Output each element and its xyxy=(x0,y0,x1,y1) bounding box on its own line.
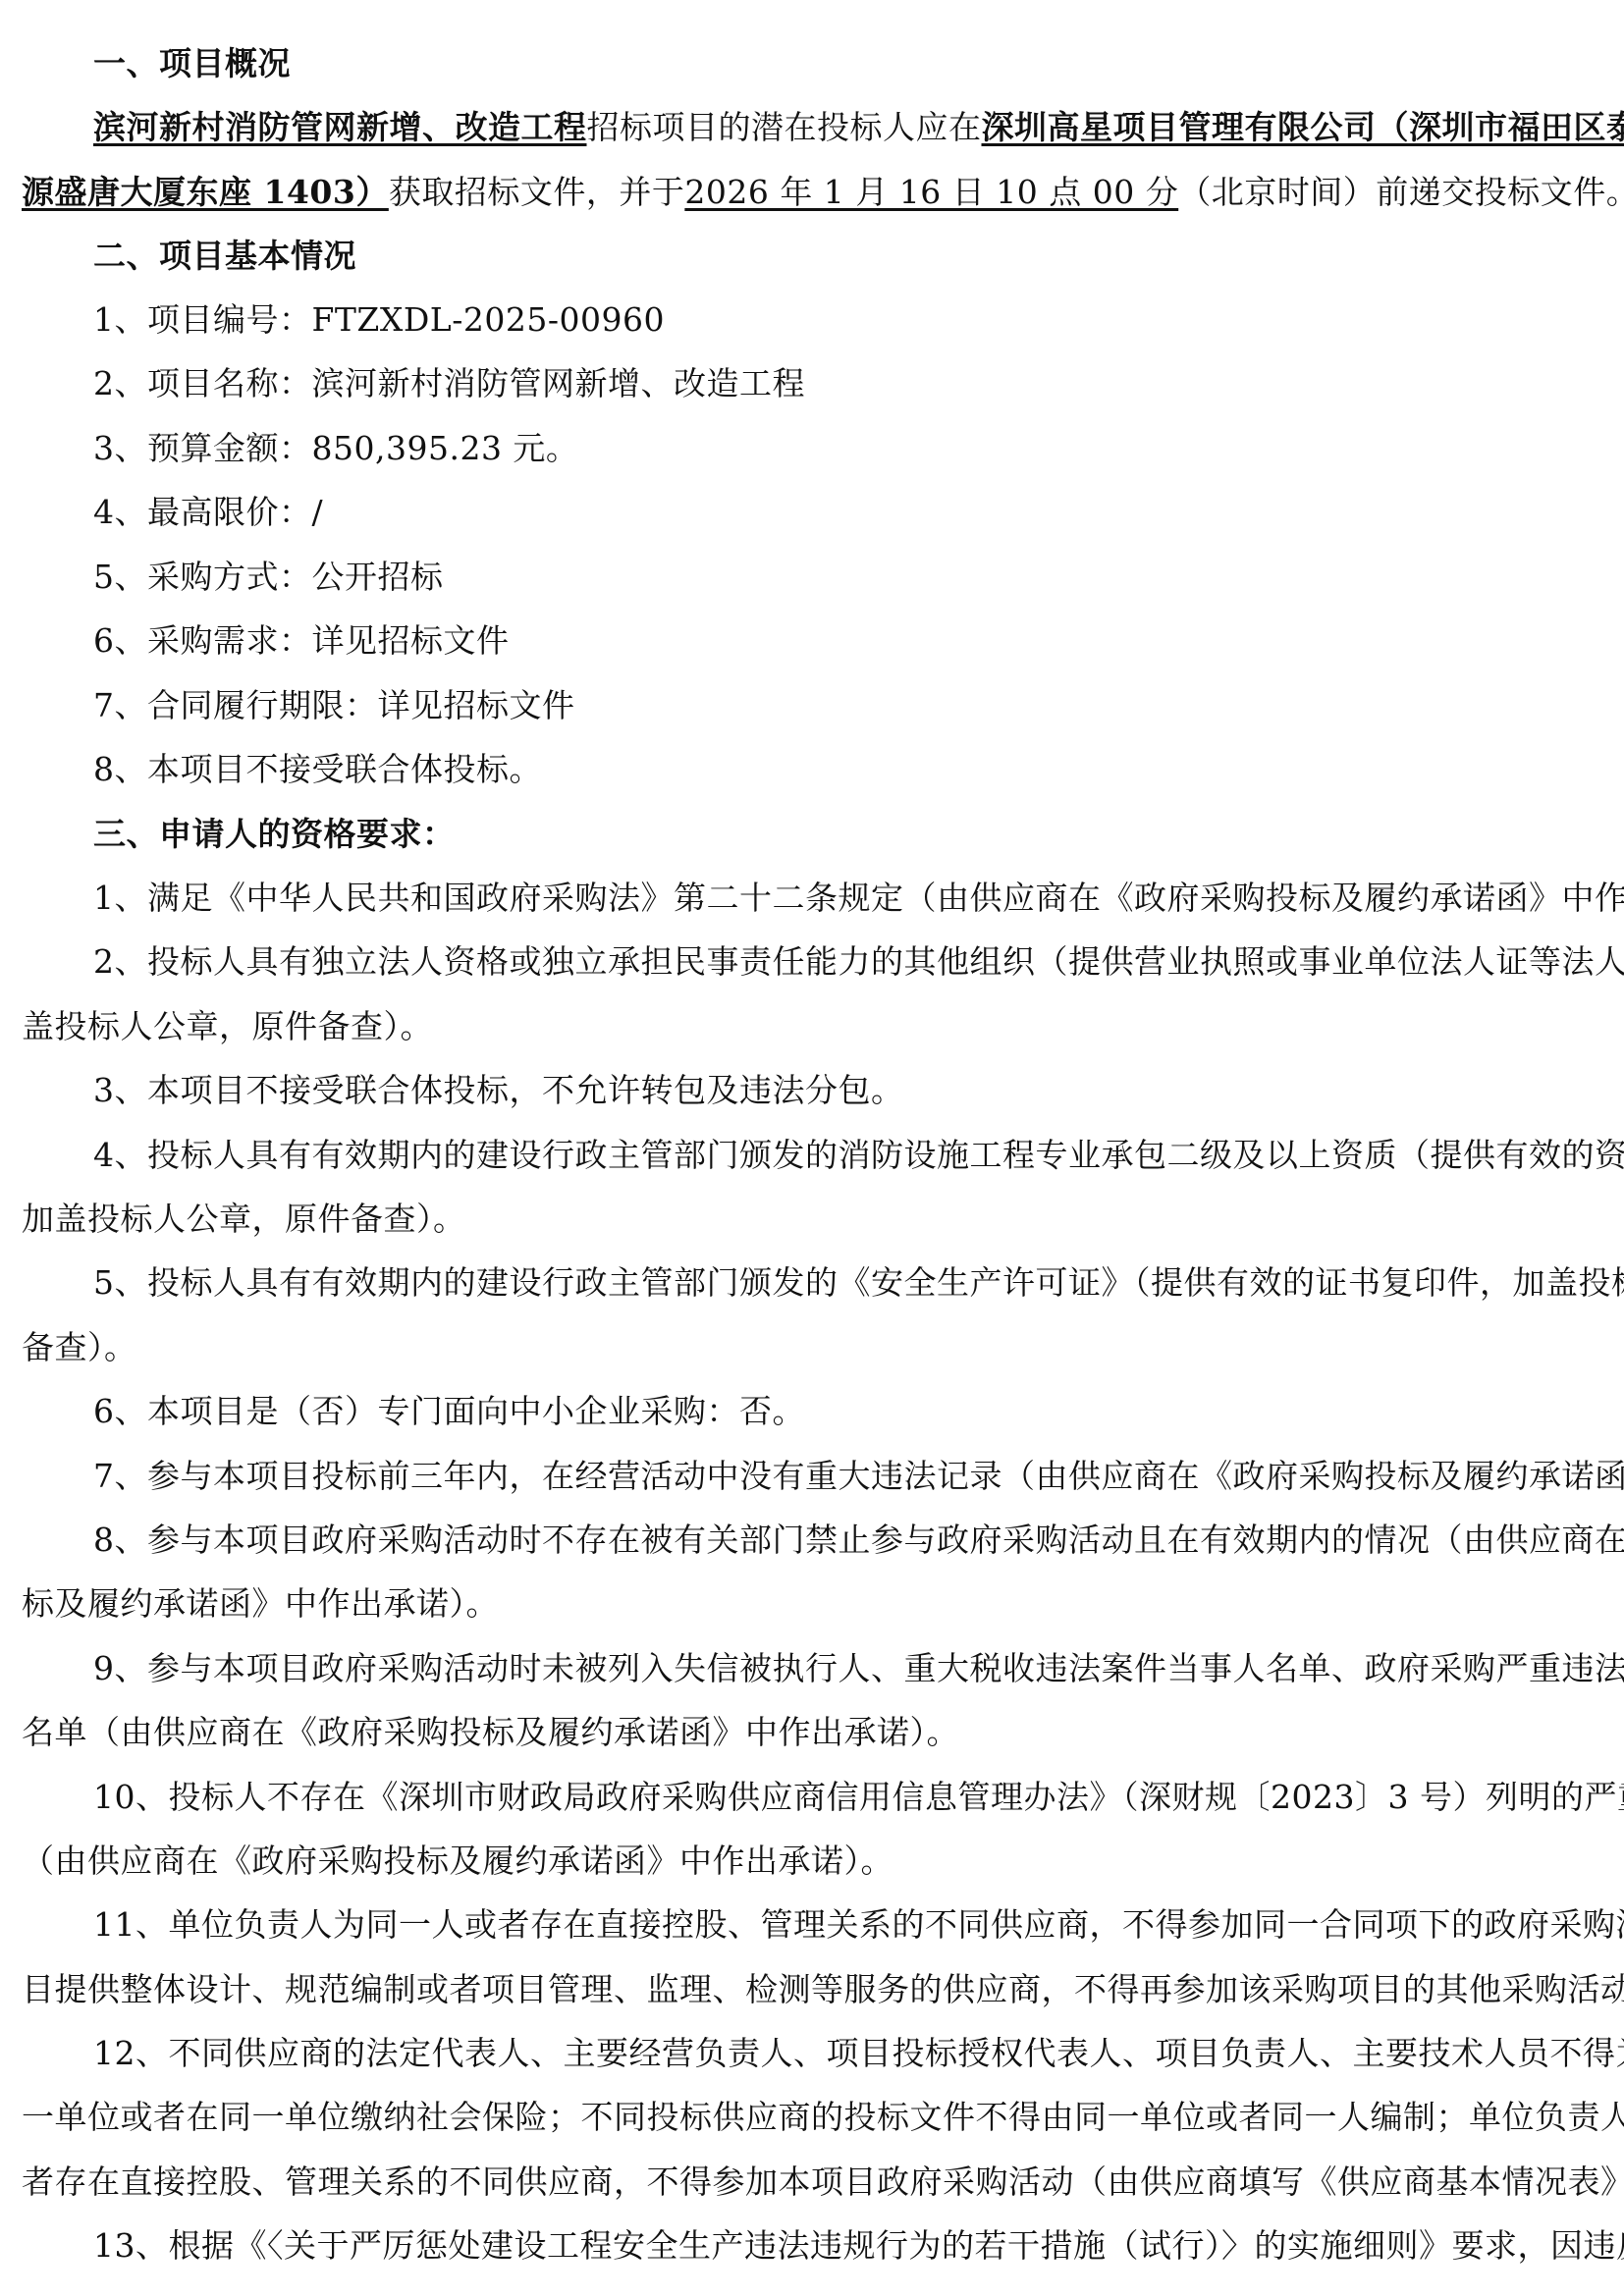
qualification-line: 9、参与本项目政府采购活动时未被列入失信被执行人、重大税收违法案件当事人名单、政… xyxy=(93,1647,1604,1690)
overview-text: 招标项目的潜在投标人应在 xyxy=(587,108,982,146)
qualification-line: 12、不同供应商的法定代表人、主要经营负责人、项目投标授权代表人、项目负责人、主… xyxy=(93,2032,1604,2075)
document-page: 一、项目概况 滨河新村消防管网新增、改造工程招标项目的潜在投标人应在深圳高星项目… xyxy=(0,0,1624,2296)
deadline-underlined: 2026 年 1 月 16 日 10 点 00 分 xyxy=(684,173,1178,211)
qualification-line: 4、投标人具有有效期内的建设行政主管部门颁发的消防设施工程专业承包二级及以上资质… xyxy=(93,1134,1604,1177)
qualification-line: 加盖投标人公章，原件备查）。 xyxy=(22,1198,466,1241)
qualification-line: 1、满足《中华人民共和国政府采购法》第二十二条规定（由供应商在《政府采购投标及履… xyxy=(93,877,1604,920)
basic-info-item: 8、本项目不接受联合体投标。 xyxy=(93,748,542,791)
qualification-line: 10、投标人不存在《深圳市财政局政府采购供应商信用信息管理办法》（深财规〔202… xyxy=(93,1776,1604,1819)
qualification-line: 备查）。 xyxy=(22,1326,137,1369)
qualification-line: 一单位或者在同一单位缴纳社会保险；不同投标供应商的投标文件不得由同一单位或者同一… xyxy=(22,2096,1604,2139)
agency-name-underlined: 深圳高星项目管理有限公司（深圳市福田区泰然九路天地 xyxy=(982,108,1624,146)
qualification-line: 盖投标人公章，原件备查）。 xyxy=(22,1005,433,1048)
agency-address-underlined: 源盛唐大厦东座 1403） xyxy=(22,173,389,211)
overview-text: 获取招标文件，并于 xyxy=(389,173,685,211)
qualification-line: 11、单位负责人为同一人或者存在直接控股、管理关系的不同供应商，不得参加同一合同… xyxy=(93,1903,1604,1947)
section-heading-qualifications: 三、申请人的资格要求： xyxy=(93,813,456,856)
qualification-line: 8、参与本项目政府采购活动时不存在被有关部门禁止参与政府采购活动且在有效期内的情… xyxy=(93,1519,1604,1562)
section-heading-basic-info: 二、项目基本情况 xyxy=(93,235,356,278)
qualification-line: 2、投标人具有独立法人资格或独立承担民事责任能力的其他组织（提供营业执照或事业单… xyxy=(93,940,1604,984)
section-heading-overview: 一、项目概况 xyxy=(93,42,291,85)
basic-info-item: 4、最高限价：/ xyxy=(93,491,323,534)
overview-paragraph-line-2: 源盛唐大厦东座 1403）获取招标文件，并于2026 年 1 月 16 日 10… xyxy=(22,171,1624,214)
qualification-line: 5、投标人具有有效期内的建设行政主管部门颁发的《安全生产许可证》（提供有效的证书… xyxy=(93,1261,1604,1305)
qualification-line: 名单（由供应商在《政府采购投标及履约承诺函》中作出承诺）。 xyxy=(22,1711,959,1754)
qualification-line: 标及履约承诺函》中作出承诺）。 xyxy=(22,1582,499,1626)
qualification-line: 目提供整体设计、规范编制或者项目管理、监理、检测等服务的供应商，不得再参加该采购… xyxy=(22,1968,1624,2011)
basic-info-item: 3、预算金额：850,395.23 元。 xyxy=(93,427,578,470)
qualification-line: 7、参与本项目投标前三年内，在经营活动中没有重大违法记录（由供应商在《政府采购投… xyxy=(93,1455,1604,1498)
project-name-underlined: 滨河新村消防管网新增、改造工程 xyxy=(93,108,587,146)
qualification-line: 6、本项目是（否）专门面向中小企业采购：否。 xyxy=(93,1390,805,1433)
qualification-line: 3、本项目不接受联合体投标，不允许转包及违法分包。 xyxy=(93,1069,904,1112)
qualification-line: 者存在直接控股、管理关系的不同供应商，不得参加本项目政府采购活动（由供应商填写《… xyxy=(22,2161,1604,2204)
overview-paragraph-line-1: 滨河新村消防管网新增、改造工程招标项目的潜在投标人应在深圳高星项目管理有限公司（… xyxy=(93,106,1604,149)
qualification-line: 13、根据《〈关于严厉惩处建设工程安全生产违法违规行为的若干措施（试行）〉的实施… xyxy=(93,2224,1604,2268)
basic-info-item: 2、项目名称：滨河新村消防管网新增、改造工程 xyxy=(93,362,805,405)
basic-info-item: 5、采购方式：公开招标 xyxy=(93,556,444,599)
overview-text: （北京时间）前递交投标文件。 xyxy=(1178,173,1624,211)
basic-info-item: 7、合同履行期限：详见招标文件 xyxy=(93,684,575,727)
qualification-line: （由供应商在《政府采购投标及履约承诺函》中作出承诺）。 xyxy=(22,1840,893,1883)
basic-info-item: 6、采购需求：详见招标文件 xyxy=(93,619,510,663)
basic-info-item: 1、项目编号：FTZXDL-2025-00960 xyxy=(93,298,665,342)
